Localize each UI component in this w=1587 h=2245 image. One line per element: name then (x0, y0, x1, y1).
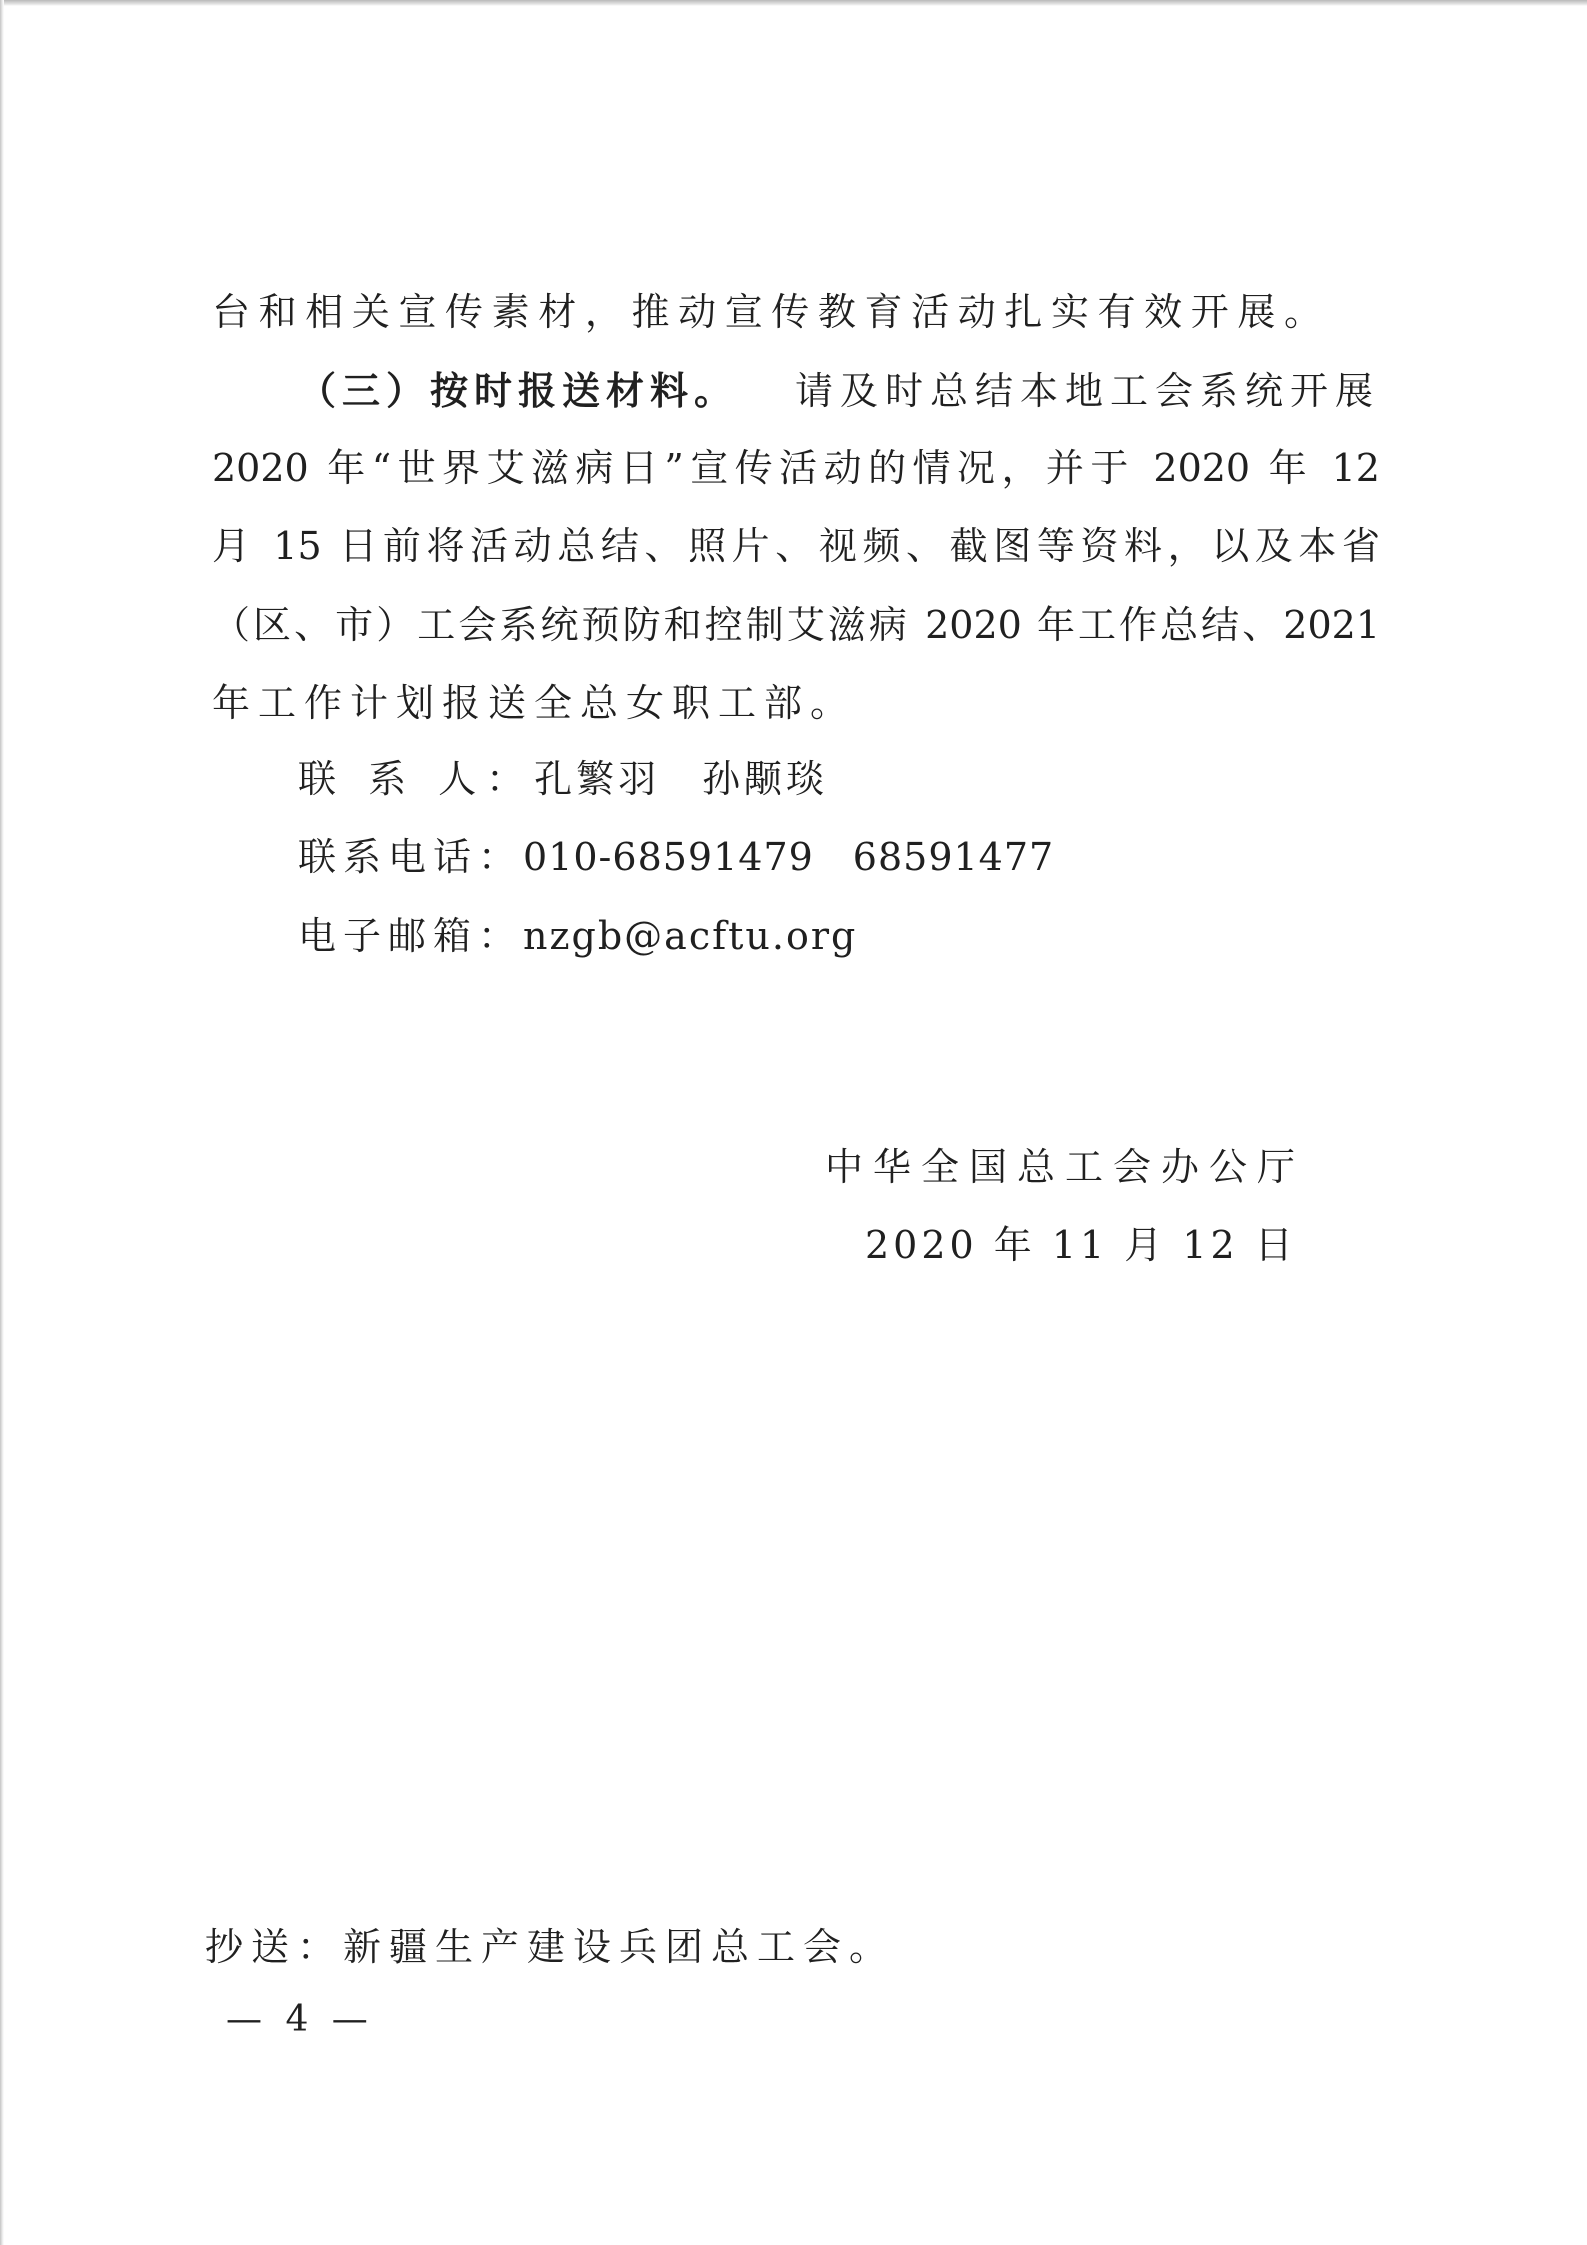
section-three-line: （三）按时报送材料。 请及时总结本地工会系统开展 (298, 369, 1380, 413)
section-heading: （三）按时报送材料。 (298, 369, 738, 413)
body-line-1: 台和相关宣传素材，推动宣传教育活动扎实有效开展。 (212, 290, 1322, 334)
cc-label: 抄送： (205, 1925, 343, 1969)
signature-date: 2020 年 11 月 12 日 (865, 1223, 1297, 1267)
page-edge-left (0, 0, 4, 2245)
contact-phone-row: 联系电话：010-68591479 68591477 (298, 835, 1054, 879)
body-line-3: 2020 年“世界艾滋病日”宣传活动的情况，并于 2020 年 12 (212, 446, 1380, 490)
contact-email-label: 电子邮箱： (298, 914, 523, 958)
body-line-5: （区、市）工会系统预防和控制艾滋病 2020 年工作总结、2021 (212, 603, 1380, 647)
cc-value: 新疆生产建设兵团总工会。 (343, 1925, 895, 1969)
page-number: — 4 — (226, 1998, 374, 2042)
document-page: 台和相关宣传素材，推动宣传教育活动扎实有效开展。 （三）按时报送材料。 请及时总… (0, 0, 1587, 2245)
contact-person-row: 联 系 人：孔繁羽 孙颙琰 (298, 757, 828, 801)
contact-person-value: 孔繁羽 孙颙琰 (534, 757, 828, 801)
cc-row: 抄送：新疆生产建设兵团总工会。 (205, 1925, 895, 1969)
body-line-6: 年工作计划报送全总女职工部。 (212, 681, 856, 725)
contact-person-label: 联 系 人： (298, 757, 534, 801)
contact-phone-value: 010-68591479 68591477 (523, 835, 1054, 879)
body-line-2: 请及时总结本地工会系统开展 (795, 369, 1380, 413)
signature-organization: 中华全国总工会办公厅 (825, 1145, 1305, 1189)
body-line-4: 月 15 日前将活动总结、照片、视频、截图等资料，以及本省 (212, 524, 1380, 568)
contact-email-row: 电子邮箱：nzgb@acftu.org (298, 914, 857, 958)
contact-email-value: nzgb@acftu.org (523, 914, 857, 958)
contact-phone-label: 联系电话： (298, 835, 523, 879)
page-edge-top (0, 0, 1587, 6)
